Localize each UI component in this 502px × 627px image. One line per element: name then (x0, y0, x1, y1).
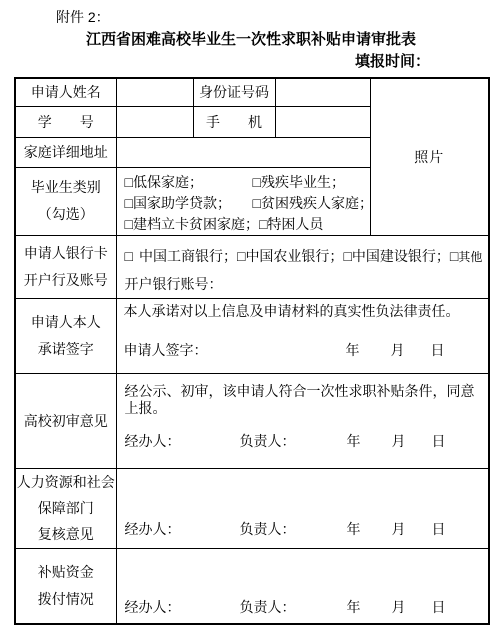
category-line-3: □建档立卡贫困家庭； □特困人员 (125, 214, 368, 235)
review-statement: 经公示、初审，该申请人符合一次性求职补贴条件，同意上报。 (125, 383, 485, 417)
commitment-label-line: 承诺签字 (16, 336, 116, 363)
commitment-label-line: 申请人本人 (16, 309, 116, 336)
bank-account-label: 开户银行账号： (125, 271, 487, 298)
hr-recheck-cell: 经办人：负责人：年月日 (116, 468, 489, 548)
option-label: 低保家庭； (133, 174, 203, 190)
funds-label-line: 补贴资金 (16, 559, 116, 586)
photo-label: 照片 (414, 149, 444, 165)
day-label: 日 (432, 431, 446, 451)
day-label: 日 (432, 519, 446, 539)
checkbox-option-registered-poor-family[interactable]: □建档立卡贫困家庭； (125, 214, 259, 235)
manager-label: 负责人： (240, 519, 296, 539)
option-label: 特困人员 (267, 216, 323, 232)
applicant-sign-label: 申请人签字： (124, 340, 208, 360)
category-label: 毕业生类别（勾选） (15, 167, 116, 235)
applicant-name-field[interactable] (116, 78, 193, 106)
bank-label-line: 申请人银行卡 (16, 240, 116, 267)
hr-label-line: 保障部门 (16, 495, 116, 521)
option-label: 其他 (458, 250, 482, 264)
month-label: 月 (391, 340, 405, 360)
option-label: 中国建设银行； (352, 248, 450, 264)
checkbox-icon: □ (253, 195, 261, 211)
row-bank: 申请人银行卡 开户行及账号 □中国工商银行；□中国农业银行；□中国建设银行；□其… (15, 235, 489, 298)
handler-label: 经办人： (125, 431, 181, 451)
row-hr-recheck: 人力资源和社会 保障部门 复核意见 经办人：负责人：年月日 (15, 468, 489, 548)
checkbox-icon: □ (253, 174, 261, 190)
checkbox-option-poor-disabled-family[interactable]: □贫困残疾人家庭； (253, 193, 371, 214)
category-line-1: □低保家庭； □残疾毕业生； (125, 172, 368, 193)
hr-label-line: 人力资源和社会 (16, 469, 116, 495)
option-label: 残疾毕业生； (261, 174, 345, 190)
day-label: 日 (431, 340, 445, 360)
category-options-cell: □低保家庭； □残疾毕业生； □国家助学贷款； □贫困残疾人家庭； □建档立卡贫… (116, 167, 370, 235)
manager-label: 负责人： (240, 431, 296, 451)
hr-recheck-label: 人力资源和社会 保障部门 复核意见 (15, 468, 116, 548)
checkbox-icon: □ (343, 248, 351, 264)
manager-label: 负责人： (240, 597, 296, 617)
funds-label: 补贴资金 拨付情况 (15, 548, 116, 624)
month-label: 月 (392, 597, 406, 617)
commitment-content-cell: 本人承诺对以上信息及申请材料的真实性负法律责任。 申请人签字：年月日 (116, 298, 489, 373)
day-label: 日 (432, 597, 446, 617)
student-no-field[interactable] (116, 106, 193, 137)
applicant-name-label: 申请人姓名 (15, 78, 116, 106)
bank-options-line: □中国工商银行；□中国农业银行；□中国建设银行；□其他 (125, 243, 487, 271)
checkbox-icon: □ (125, 216, 133, 232)
checkbox-option-abc[interactable]: □中国农业银行； (237, 248, 343, 264)
option-label: 中国农业银行； (245, 248, 343, 264)
year-label: 年 (346, 340, 360, 360)
id-card-field[interactable] (275, 78, 370, 106)
student-no-label: 学 号 (15, 106, 116, 137)
applicant-signature-line[interactable]: 申请人签字：年月日 (124, 340, 485, 360)
university-review-label: 高校初审意见 (15, 373, 116, 468)
review-signature-line[interactable]: 经办人：负责人：年月日 (125, 431, 485, 451)
photo-cell[interactable]: 照片 (370, 78, 489, 235)
commitment-label: 申请人本人 承诺签字 (15, 298, 116, 373)
year-label: 年 (347, 519, 361, 539)
month-label: 月 (392, 431, 406, 451)
checkbox-icon: □ (125, 174, 133, 190)
bank-label: 申请人银行卡 开户行及账号 (15, 235, 116, 298)
mobile-label: 手 机 (193, 106, 275, 137)
funds-cell: 经办人：负责人：年月日 (116, 548, 489, 624)
mobile-field[interactable] (275, 106, 370, 137)
year-label: 年 (347, 597, 361, 617)
handler-label: 经办人： (125, 519, 181, 539)
application-form-table: 申请人姓名 身份证号码 照片 学 号 手 机 家庭详细地址 毕业生类别（勾选） … (14, 77, 490, 625)
bank-label-line: 开户行及账号 (16, 267, 116, 294)
address-field[interactable] (116, 137, 370, 167)
option-label: 国家助学贷款； (133, 195, 231, 211)
checkbox-icon: □ (125, 248, 133, 264)
row-applicant-name: 申请人姓名 身份证号码 照片 (15, 78, 489, 106)
hr-label-line: 复核意见 (16, 521, 116, 547)
checkbox-option-icbc[interactable]: □中国工商银行； (125, 248, 237, 264)
checkbox-option-extreme-poverty[interactable]: □特困人员 (259, 214, 323, 235)
handler-label: 经办人： (125, 597, 181, 617)
funds-label-line: 拨付情况 (16, 586, 116, 613)
checkbox-option-low-income-family[interactable]: □低保家庭； (125, 172, 253, 193)
checkbox-icon: □ (125, 195, 133, 211)
checkbox-option-student-loan[interactable]: □国家助学贷款； (125, 193, 253, 214)
funds-signature-line[interactable]: 经办人：负责人：年月日 (125, 597, 485, 617)
attachment-label: 附件 2： (56, 8, 502, 27)
id-card-label: 身份证号码 (193, 78, 275, 106)
row-university-review: 高校初审意见 经公示、初审，该申请人符合一次性求职补贴条件，同意上报。 经办人：… (15, 373, 489, 468)
document-page: { "header": { "attachment": "附件 2：", "ti… (0, 0, 502, 627)
checkbox-option-disabled-graduate[interactable]: □残疾毕业生； (253, 172, 345, 193)
fill-time-label: 填报时间： (0, 52, 430, 72)
category-line-2: □国家助学贷款； □贫困残疾人家庭； (125, 193, 368, 214)
address-label: 家庭详细地址 (15, 137, 116, 167)
year-label: 年 (347, 431, 361, 451)
university-review-cell: 经公示、初审，该申请人符合一次性求职补贴条件，同意上报。 经办人：负责人：年月日 (116, 373, 489, 468)
checkbox-option-ccb[interactable]: □中国建设银行； (343, 248, 449, 264)
row-funds: 补贴资金 拨付情况 经办人：负责人：年月日 (15, 548, 489, 624)
option-label: 中国工商银行； (139, 248, 237, 264)
checkbox-option-other-bank[interactable]: □其他 (450, 248, 482, 264)
commitment-statement: 本人承诺对以上信息及申请材料的真实性负法律责任。 (124, 303, 485, 320)
option-label: 贫困残疾人家庭； (261, 195, 370, 211)
month-label: 月 (392, 519, 406, 539)
row-commitment: 申请人本人 承诺签字 本人承诺对以上信息及申请材料的真实性负法律责任。 申请人签… (15, 298, 489, 373)
recheck-signature-line[interactable]: 经办人：负责人：年月日 (125, 519, 485, 539)
page-title: 江西省困难高校毕业生一次性求职补贴申请审批表 (0, 29, 502, 50)
option-label: 建档立卡贫困家庭； (133, 216, 259, 232)
bank-options-cell: □中国工商银行；□中国农业银行；□中国建设银行；□其他 开户银行账号： (116, 235, 489, 298)
